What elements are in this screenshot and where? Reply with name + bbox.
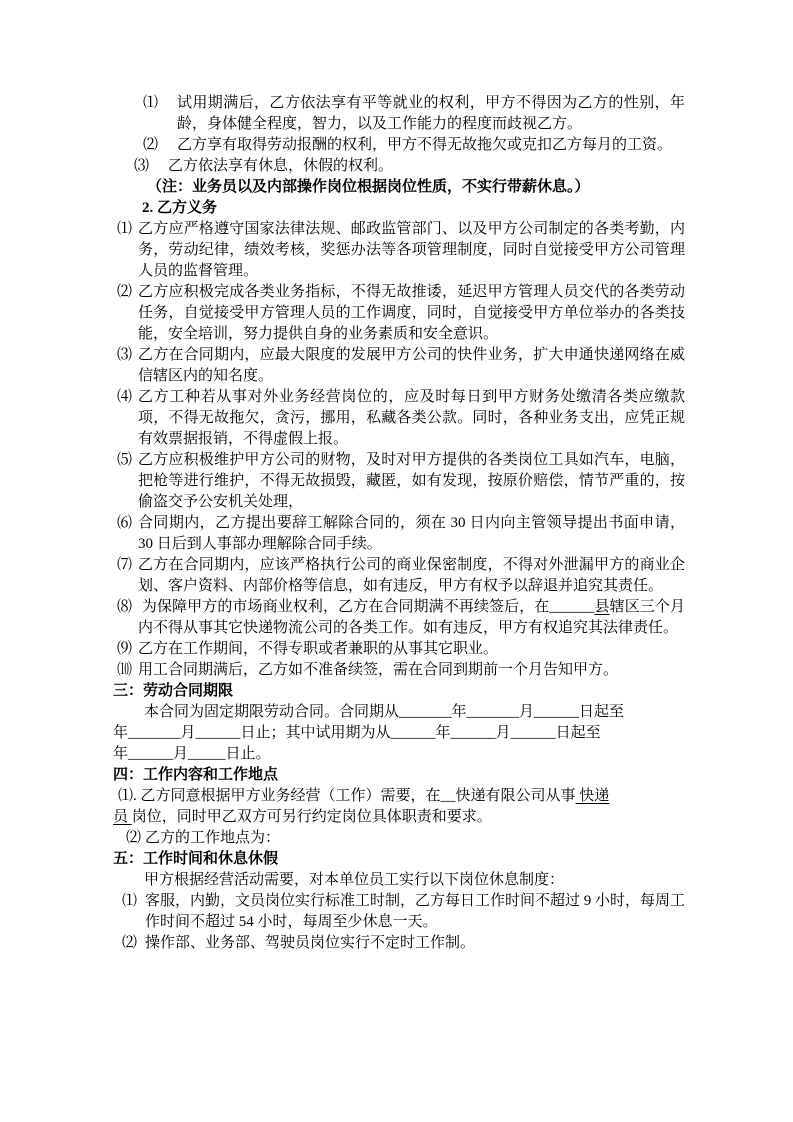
text-run: 本合同为固定期限劳动合同。合同期从 <box>144 704 399 720</box>
block-text: 乙方在合同期内，应该严格执行公司的商业保密制度，不得对外泄漏甲方的商业企划、客户… <box>138 557 685 594</box>
text-run: 乙方工种若从事对外业务经营岗位的，应及时每日到甲方财务处缴清各类应缴款项，不得无… <box>138 389 685 447</box>
text-run: 乙方应严格遵守国家法律法规、邮政监管部门、以及甲方公司制定的各类考勤，内务，劳动… <box>138 221 685 279</box>
work-time-item-2: ⑵操作部、业务部、驾驶员岗位实行不定时工作制。 <box>113 933 685 954</box>
text-run: 岗位，同时甲乙双方可另行约定岗位具体职责和要求。 <box>132 809 492 825</box>
document-content: ⑴试用期满后，乙方依法享有平等就业的权利，甲方不得因为乙方的性别，年龄，身体健全… <box>113 93 685 954</box>
blank-line: ______ <box>549 599 594 615</box>
text-run: 乙方依法享有休息，休假的权利。 <box>168 158 393 174</box>
blank-line: _______ <box>399 704 452 720</box>
text-run: 月 <box>181 725 196 741</box>
text-run: （注：业务员以及内部操作岗位根据岗位性质，不实行带薪休息。） <box>147 179 590 195</box>
obligation-item-5: ⑸乙方应积极维护甲方公司的财物，及时对甲方提供的各类岗位工具如汽车，电脑，把枪等… <box>113 450 685 513</box>
block-text: 为保障甲方的市场商业权利，乙方在合同期满不再续签后，在______县辖区三个月内… <box>138 599 685 636</box>
list-marker: ⑴ <box>117 219 132 240</box>
block-text: 乙方应积极维护甲方公司的财物，及时对甲方提供的各类岗位工具如汽车，电脑，把枪等进… <box>138 452 685 510</box>
obligation-item-7: ⑺乙方在合同期内，应该严格执行公司的商业保密制度，不得对外泄漏甲方的商业企划、客… <box>113 555 685 597</box>
block-text: 乙方依法享有休息，休假的权利。 <box>168 158 393 174</box>
contract-term-paragraph-line-1: 本合同为固定期限劳动合同。合同期从_______年_______月______日… <box>113 702 685 723</box>
text-run: 试用期满后，乙方依法享有平等就业的权利，甲方不得因为乙方的性别，年龄，身体健全程… <box>177 95 685 132</box>
block-text: 乙方的工作地点为： <box>145 830 280 846</box>
text-run: 日起至 <box>556 725 601 741</box>
text-run: 客服，内勤，文员岗位实行标准工时制，乙方每日工作时间不超过 9 小时，每周工作时… <box>145 893 685 930</box>
contract-term-paragraph-line-2: 年_______月______日止；其中试用期为从______年______月_… <box>113 723 685 744</box>
obligation-item-2: ⑵乙方应积极完成各类业务指标，不得无故推诿，延迟甲方管理人员交代的各类劳动任务，… <box>113 282 685 345</box>
list-marker: ⑽ <box>117 660 132 681</box>
obligation-item-8: ⑻ 为保障甲方的市场商业权利，乙方在合同期满不再续签后，在______县辖区三个… <box>113 597 685 639</box>
list-marker: ⑼ <box>117 639 132 660</box>
blank-line: _______ <box>467 704 520 720</box>
work-content-item-1: ⑴. 乙方同意根据甲方业务经营（工作）需要，在__快递有限公司从事 快递员 岗位… <box>113 786 685 828</box>
partyB-rights-item-1: ⑴试用期满后，乙方依法享有平等就业的权利，甲方不得因为乙方的性别，年龄，身体健全… <box>113 93 685 135</box>
blank-line: ______ <box>391 725 436 741</box>
text-run: 快递有限公司从事 <box>456 788 576 804</box>
blank-line: ______ <box>128 746 173 762</box>
obligation-item-1: ⑴乙方应严格遵守国家法律法规、邮政监管部门、以及甲方公司制定的各类考勤，内务，劳… <box>113 219 685 282</box>
partyB-rights-item-3: ⑶乙方依法享有休息，休假的权利。 <box>113 156 685 177</box>
list-marker: ⑵ <box>122 933 137 954</box>
obligation-item-9: ⑼乙方在工作期间，不得专职或者兼职的从事其它职业。 <box>113 639 685 660</box>
work-content-item-1-line-1: ⑴. 乙方同意根据甲方业务经营（工作）需要，在__快递有限公司从事 快递 <box>113 786 685 807</box>
text-run: 日止。 <box>226 746 271 762</box>
text-run: 2. 乙方义务 <box>142 200 217 216</box>
list-marker: ⑺ <box>117 555 132 576</box>
text-run: 日止；其中试用期为从 <box>241 725 391 741</box>
text-run: 年 <box>113 746 128 762</box>
text-run: 月 <box>519 704 534 720</box>
text-run: 为保障甲方的市场商业权利，乙方在合同期满不再续签后，在 <box>138 599 549 615</box>
text-run: 合同期内，乙方提出要辞工解除合同的，须在 30 日内向主管领导提出书面申请，30… <box>138 515 685 552</box>
text-run: 乙方在合同期内，应最大限度的发展甲方公司的快件业务，扩大申通快递网络在威信辖区内… <box>138 347 685 384</box>
blank-line: ______ <box>451 725 496 741</box>
text-run: 乙方应积极维护甲方公司的财物，及时对甲方提供的各类岗位工具如汽车，电脑，把枪等进… <box>138 452 685 510</box>
underlined-text: 快递 <box>576 788 610 804</box>
block-text: 试用期满后，乙方依法享有平等就业的权利，甲方不得因为乙方的性别，年龄，身体健全程… <box>177 95 685 132</box>
underlined-text: 县 <box>594 599 609 615</box>
subheading-partyB-obligations: 2. 乙方义务 <box>113 198 685 219</box>
list-marker: ⑵ <box>117 282 132 303</box>
blank-line: ______ <box>196 725 241 741</box>
obligation-item-10: ⑽用工合同期满后，乙方如不准备续签，需在合同到期前一个月告知甲方。 <box>113 660 685 681</box>
text-run: 月 <box>496 725 511 741</box>
heading-section-5: 五：工作时间和休息休假 <box>113 849 685 870</box>
text-run: 年 <box>436 725 451 741</box>
text-run: 三：劳动合同期限 <box>113 683 233 699</box>
note-paid-leave: （注：业务员以及内部操作岗位根据岗位性质，不实行带薪休息。） <box>113 177 685 198</box>
heading-section-4: 四：工作内容和工作地点 <box>113 765 685 786</box>
list-marker: ⑷ <box>117 387 132 408</box>
text-run: 乙方在合同期内，应该严格执行公司的商业保密制度，不得对外泄漏甲方的商业企划、客户… <box>138 557 685 594</box>
block-text: 乙方在合同期内，应最大限度的发展甲方公司的快件业务，扩大申通快递网络在威信辖区内… <box>138 347 685 384</box>
list-marker: ⑴ <box>122 891 137 912</box>
list-marker: ⑻ <box>117 597 132 618</box>
list-marker: ⑹ <box>117 513 132 534</box>
list-marker: ⑸ <box>117 450 132 471</box>
block-text: 2. 乙方义务 <box>142 200 217 216</box>
block-text: 合同期内，乙方提出要辞工解除合同的，须在 30 日内向主管领导提出书面申请，30… <box>138 515 685 552</box>
obligation-item-6: ⑹合同期内，乙方提出要辞工解除合同的，须在 30 日内向主管领导提出书面申请，3… <box>113 513 685 555</box>
block-text: 操作部、业务部、驾驶员岗位实行不定时工作制。 <box>145 935 475 951</box>
text-run: 年 <box>113 725 128 741</box>
block-text: 乙方应积极完成各类业务指标，不得无故推诿，延迟甲方管理人员交代的各类劳动任务，自… <box>138 284 685 342</box>
text-run: 五：工作时间和休息休假 <box>113 851 278 867</box>
text-run: 四：工作内容和工作地点 <box>113 767 278 783</box>
text-run: 年 <box>452 704 467 720</box>
text-run: 乙方的工作地点为： <box>145 830 280 846</box>
text-run: 乙方在工作期间，不得专职或者兼职的从事其它职业。 <box>138 641 498 657</box>
list-marker: ⑶ <box>134 156 149 177</box>
obligation-item-3: ⑶乙方在合同期内，应最大限度的发展甲方公司的快件业务，扩大申通快递网络在威信辖区… <box>113 345 685 387</box>
list-marker: ⑵ <box>126 828 141 849</box>
block-text: 乙方应严格遵守国家法律法规、邮政监管部门、以及甲方公司制定的各类考勤，内务，劳动… <box>138 221 685 279</box>
blank-line: ______ <box>511 725 556 741</box>
underlined-text: 员 <box>113 809 132 825</box>
work-content-item-1-line-2: 员 岗位，同时甲乙双方可另行约定岗位具体职责和要求。 <box>113 807 685 828</box>
text-run: 乙方享有取得劳动报酬的权利，甲方不得无故拖欠或克扣乙方每月的工资。 <box>177 137 672 153</box>
block-text: 四：工作内容和工作地点 <box>113 767 278 783</box>
text-run: 甲方根据经营活动需要，对本单位员工实行以下岗位休息制度： <box>144 872 564 888</box>
text-run: 月 <box>173 746 188 762</box>
text-run: 用工合同期满后，乙方如不准备续签，需在合同到期前一个月告知甲方。 <box>138 662 618 678</box>
partyB-rights-item-2: ⑵乙方享有取得劳动报酬的权利，甲方不得无故拖欠或克扣乙方每月的工资。 <box>113 135 685 156</box>
heading-section-3: 三：劳动合同期限 <box>113 681 685 702</box>
block-text: 乙方享有取得劳动报酬的权利，甲方不得无故拖欠或克扣乙方每月的工资。 <box>177 137 672 153</box>
work-time-intro: 甲方根据经营活动需要，对本单位员工实行以下岗位休息制度： <box>113 870 685 891</box>
blank-line: _______ <box>128 725 181 741</box>
blank-line: _____ <box>188 746 226 762</box>
contract-term-paragraph: 本合同为固定期限劳动合同。合同期从_______年_______月______日… <box>113 702 685 765</box>
obligation-item-4: ⑷乙方工种若从事对外业务经营岗位的，应及时每日到甲方财务处缴清各类应缴款项，不得… <box>113 387 685 450</box>
block-text: 三：劳动合同期限 <box>113 683 233 699</box>
block-text: 乙方在工作期间，不得专职或者兼职的从事其它职业。 <box>138 641 498 657</box>
text-run: ⑴. 乙方同意根据甲方业务经营（工作）需要，在 <box>118 788 441 804</box>
block-text: 乙方工种若从事对外业务经营岗位的，应及时每日到甲方财务处缴清各类应缴款项，不得无… <box>138 389 685 447</box>
block-text: 五：工作时间和休息休假 <box>113 851 278 867</box>
block-text: 用工合同期满后，乙方如不准备续签，需在合同到期前一个月告知甲方。 <box>138 662 618 678</box>
text-run: 乙方应积极完成各类业务指标，不得无故推诿，延迟甲方管理人员交代的各类劳动任务，自… <box>138 284 685 342</box>
text-run: 日起至 <box>579 704 624 720</box>
list-marker: ⑴ <box>143 93 158 114</box>
text-run: 操作部、业务部、驾驶员岗位实行不定时工作制。 <box>145 935 475 951</box>
list-marker: ⑵ <box>143 135 158 156</box>
block-text: 甲方根据经营活动需要，对本单位员工实行以下岗位休息制度： <box>144 872 564 888</box>
contract-term-paragraph-line-3: 年______月_____日止。 <box>113 744 685 765</box>
work-content-item-2: ⑵乙方的工作地点为： <box>113 828 685 849</box>
document-page: ⑴试用期满后，乙方依法享有平等就业的权利，甲方不得因为乙方的性别，年龄，身体健全… <box>0 0 793 1122</box>
blank-line: __ <box>441 788 456 804</box>
blank-line: ______ <box>534 704 579 720</box>
list-marker: ⑶ <box>117 345 132 366</box>
block-text: （注：业务员以及内部操作岗位根据岗位性质，不实行带薪休息。） <box>147 179 590 195</box>
block-text: 客服，内勤，文员岗位实行标准工时制，乙方每日工作时间不超过 9 小时，每周工作时… <box>145 893 685 930</box>
work-time-item-1: ⑴客服，内勤，文员岗位实行标准工时制，乙方每日工作时间不超过 9 小时，每周工作… <box>113 891 685 933</box>
